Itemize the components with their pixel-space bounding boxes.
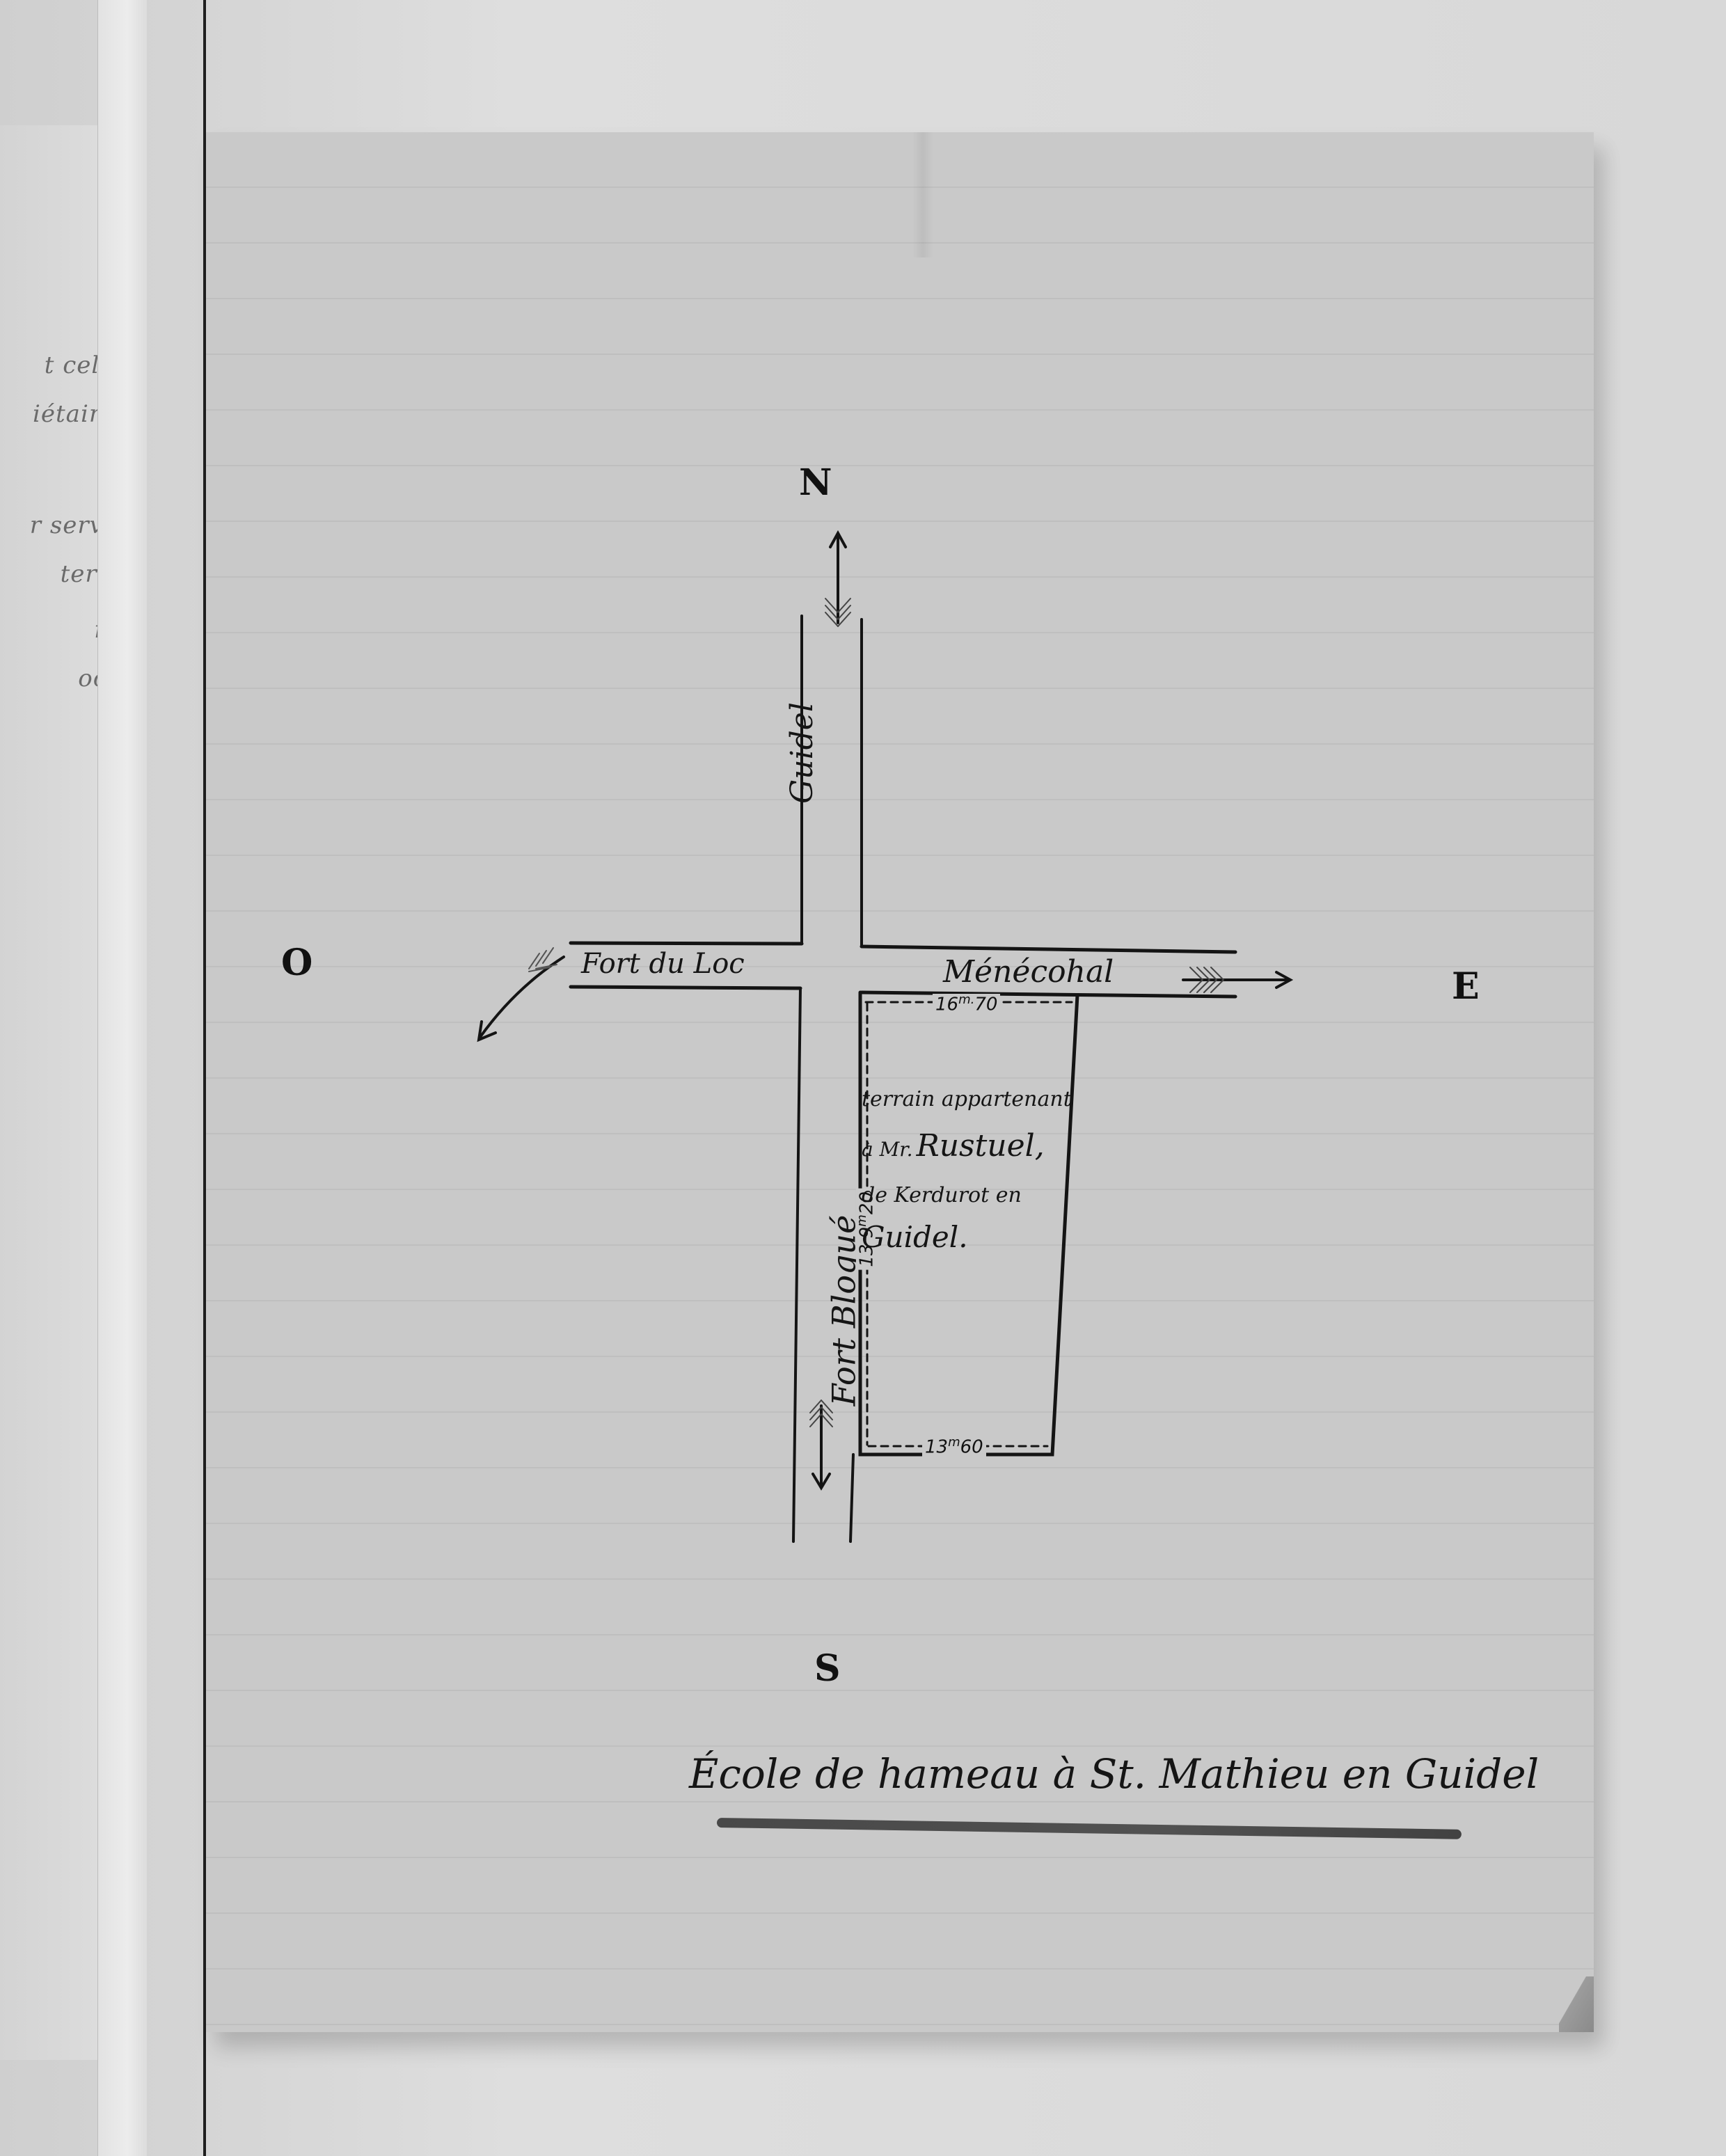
west-arrow — [479, 948, 564, 1040]
dimension-top-decimals: 70 — [974, 994, 997, 1015]
road-label-fort-du-loc: Fort du Loc — [581, 950, 745, 978]
road-label-menecohal: Ménécohal — [943, 957, 1114, 988]
dimension-top: 16m.70 — [933, 994, 1000, 1014]
dimension-bottom-value: 13 — [925, 1437, 948, 1458]
north-arrow — [825, 533, 850, 626]
lot-ownership-note: terrain appartenant à Mr. Rustuel, de Ke… — [862, 1089, 1070, 1252]
road-label-fort-bloque: Fort Bloqué — [828, 1215, 860, 1406]
lot-note-line-3: de Kerdurot en — [862, 1185, 1070, 1206]
lot-note-prefix: à Mr. — [862, 1138, 912, 1161]
dimension-bottom-unit: m — [948, 1435, 960, 1450]
site-plan-drawing — [0, 0, 1726, 2156]
lot-note-line-4: Guidel. — [862, 1223, 1070, 1252]
dimension-bottom-decimals: 60 — [960, 1437, 983, 1458]
lot-owner-name: Rustuel, — [917, 1128, 1045, 1164]
lot-note-line-1: terrain appartenant — [862, 1089, 1070, 1110]
dimension-bottom: 13m60 — [922, 1436, 986, 1457]
dimension-top-unit: m. — [958, 992, 974, 1007]
east-arrow — [1183, 967, 1290, 992]
road-label-guidel: Guidel — [787, 702, 818, 804]
compass-north-label: N — [799, 465, 832, 501]
compass-south-label: S — [814, 1651, 841, 1687]
document-title: École de hameau à St. Mathieu en Guidel — [689, 1754, 1539, 1794]
compass-west-label: O — [281, 945, 312, 981]
dimension-top-value: 16 — [935, 994, 958, 1015]
compass-east-label: E — [1452, 969, 1480, 1005]
south-arrow — [810, 1400, 832, 1488]
